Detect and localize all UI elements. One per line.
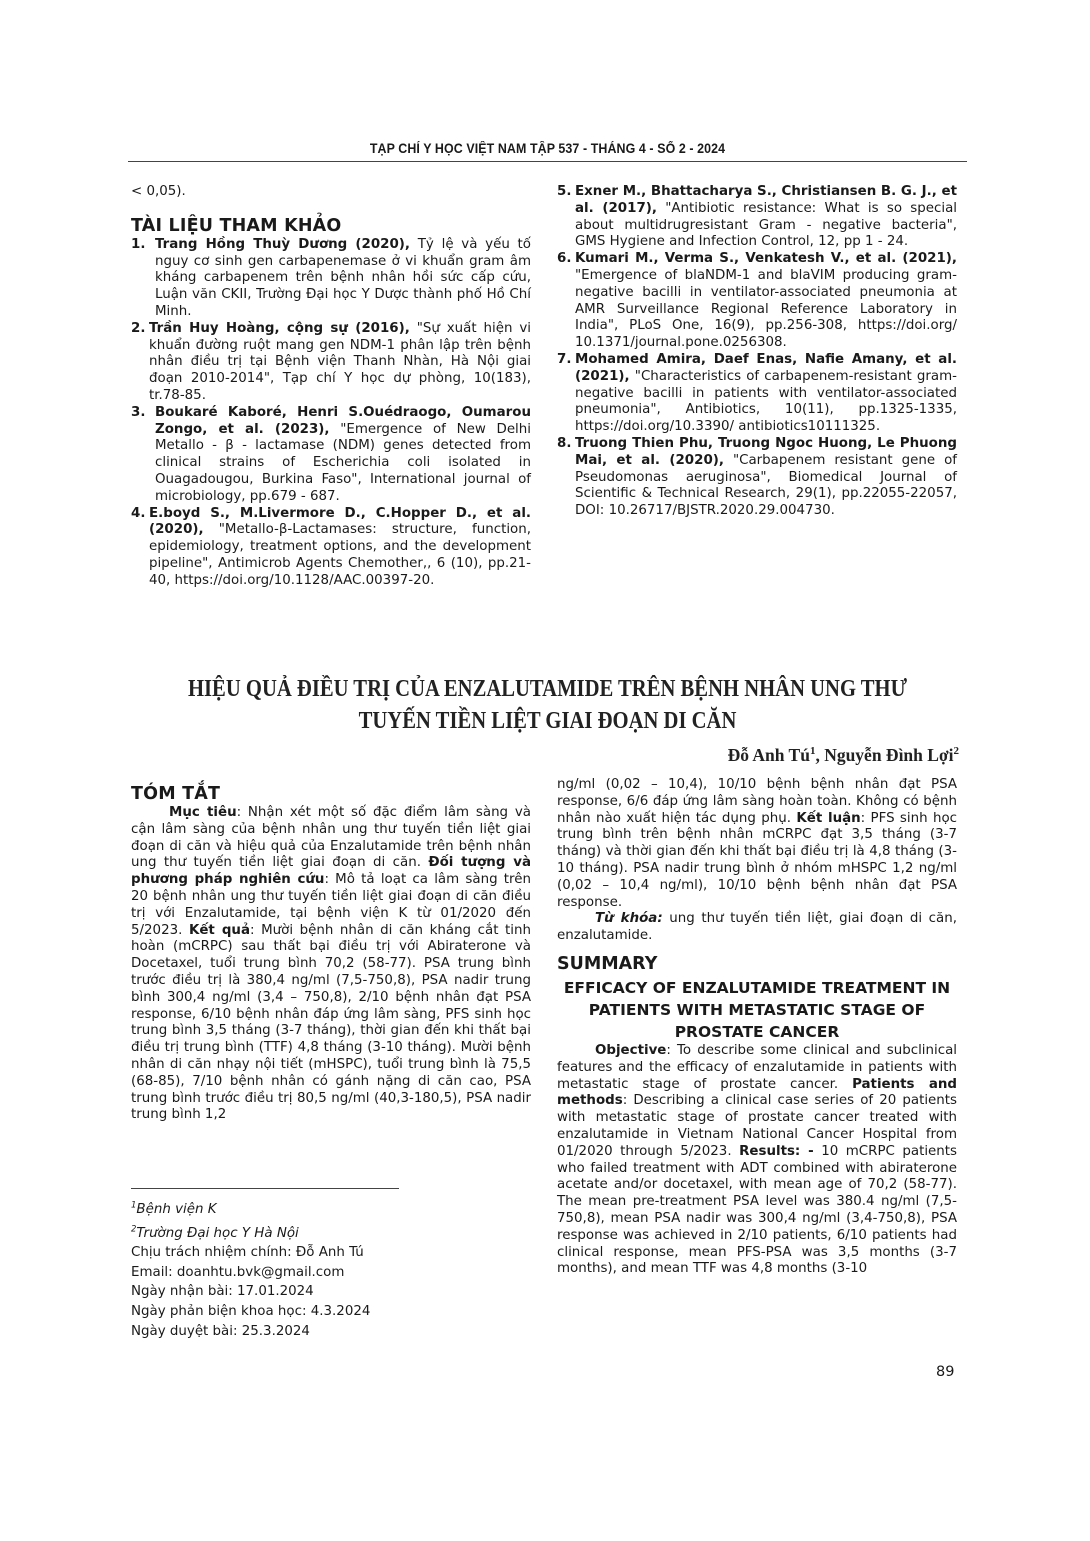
reference-item: 5. Exner M., Bhattacharya S., Christians… xyxy=(557,184,957,251)
reference-authors: Kumari M., Verma S., Venkatesh V., et al… xyxy=(575,251,957,266)
affiliation-1: 1Bệnh viện K xyxy=(131,1197,531,1220)
abstract-right-column: ng/ml (0,02 – 10,4), 10/10 bệnh bệnh nhâ… xyxy=(557,777,957,1278)
results-label-en: Results: - xyxy=(739,1144,814,1159)
reference-item: 6. Kumari M., Verma S., Venkatesh V., et… xyxy=(557,251,957,352)
references-heading: TÀI LIỆU THAM KHẢO xyxy=(131,215,531,237)
abstract-body: Mục tiêu: Nhận xét một số đặc điểm lâm s… xyxy=(131,805,531,1124)
email: Email: doanhtu.bvk@gmail.com xyxy=(131,1263,531,1283)
keywords-label: Từ khóa: xyxy=(595,911,663,926)
reference-item: 3. Boukaré Kaboré, Henri S.Ouédraogo, Ou… xyxy=(131,405,531,506)
objective-label: Mục tiêu xyxy=(169,805,237,820)
results-label: Kết quả xyxy=(189,923,250,938)
reference-authors: Trang Hồng Thuỳ Dương (2020), xyxy=(155,237,410,252)
reference-item: 4. E.boyd S., M.Livermore D., C.Hopper D… xyxy=(131,506,531,590)
corresponding-author: Chịu trách nhiệm chính: Đỗ Anh Tú xyxy=(131,1243,531,1263)
article-title-line1: HIỆU QUẢ ĐIỀU TRỊ CỦA ENZALUTAMIDE TRÊN … xyxy=(187,673,909,705)
continuation-text: < 0,05). xyxy=(131,184,531,201)
review-date: Ngày phản biện khoa học: 4.3.2024 xyxy=(131,1302,531,1322)
footnotes: 1Bệnh viện K 2Trường Đại học Y Hà Nội Ch… xyxy=(131,1197,531,1341)
author-name: Nguyễn Đình Lợi xyxy=(824,745,953,765)
reference-text: "Characteristics of carbapenem-resistant… xyxy=(575,369,957,434)
footnote-divider xyxy=(131,1188,399,1189)
running-header: TẠP CHÍ Y HỌC VIỆT NAM TẬP 537 - THÁNG 4… xyxy=(162,141,934,156)
abstract-vietnamese: TÓM TẮT Mục tiêu: Nhận xét một số đặc đi… xyxy=(131,783,531,1124)
article-title-line2: TUYẾN TIỀN LIỆT GIAI ĐOẠN DI CĂN xyxy=(187,705,909,737)
reference-item: 1. Trang Hồng Thuỳ Dương (2020), Tỷ lệ v… xyxy=(131,237,531,321)
article-title: HIỆU QUẢ ĐIỀU TRỊ CỦA ENZALUTAMIDE TRÊN … xyxy=(187,673,909,737)
affiliation-2: 2Trường Đại học Y Hà Nội xyxy=(131,1220,531,1243)
received-date: Ngày nhận bài: 17.01.2024 xyxy=(131,1282,531,1302)
keywords: Từ khóa: ung thư tuyến tiền liệt, giai đ… xyxy=(557,911,957,945)
reference-text: "Metallo-β-Lactamases: structure, functi… xyxy=(149,522,531,587)
reference-text: "Emergence of blaNDM-1 and blaVIM produc… xyxy=(575,268,957,350)
header-divider xyxy=(128,161,967,162)
reference-item: 2. Trần Huy Hoàng, cộng sự (2016), "Sự x… xyxy=(131,321,531,405)
references-right-column: 5. Exner M., Bhattacharya S., Christians… xyxy=(557,184,957,520)
reference-item: 8. Truong Thien Phu, Truong Ngoc Huong, … xyxy=(557,436,957,520)
page-number: 89 xyxy=(936,1364,954,1380)
author-name: Đỗ Anh Tú xyxy=(728,745,810,765)
accepted-date: Ngày duyệt bài: 25.3.2024 xyxy=(131,1322,531,1342)
summary-body: Objective: To describe some clinical and… xyxy=(557,1043,957,1278)
objective-label-en: Objective xyxy=(595,1043,666,1058)
reference-item: 7. Mohamed Amira, Daef Enas, Nafie Amany… xyxy=(557,352,957,436)
abstract-body-continued: ng/ml (0,02 – 10,4), 10/10 bệnh bệnh nhâ… xyxy=(557,777,957,911)
reference-authors: Trần Huy Hoàng, cộng sự (2016), xyxy=(149,321,410,336)
summary-heading: SUMMARY xyxy=(557,953,957,975)
author-list: Đỗ Anh Tú1, Nguyễn Đình Lợi2 xyxy=(728,745,959,766)
abstract-heading: TÓM TẮT xyxy=(131,783,531,805)
summary-title: EFFICACY OF ENZALUTAMIDE TREATMENT IN PA… xyxy=(557,977,957,1043)
references-left-column: < 0,05). TÀI LIỆU THAM KHẢO 1. Trang Hồn… xyxy=(131,184,531,590)
author-affiliation-mark: 2 xyxy=(954,745,960,757)
conclusion-label: Kết luận xyxy=(796,811,860,826)
